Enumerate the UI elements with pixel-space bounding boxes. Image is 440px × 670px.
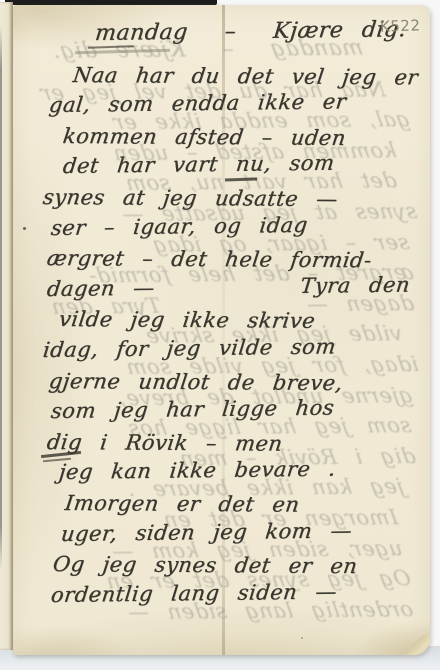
handwriting-line: idag, for jeg vilde som — [41, 330, 424, 365]
ink-dot — [23, 227, 26, 230]
handwriting-line: det har vart nu, som — [61, 147, 424, 182]
handwriting-line: uger, siden jeg kom — — [59, 514, 424, 549]
letter-scan: mandag – Kjære dig.Naa har du det vel je… — [0, 0, 440, 670]
handwriting-line: jeg kan ikke bevare . — [57, 453, 424, 488]
handwriting-line: ser – igaar, og idag — [49, 208, 424, 243]
archive-number: K522 — [379, 16, 420, 35]
handwriting-line: som jeg har ligge hos — [49, 392, 424, 427]
handwriting-line: gal, som endda ikke er — [47, 86, 424, 121]
handwriting-line: dagen — Tyra den — [45, 269, 424, 304]
scan-left-edge — [0, 25, 2, 570]
letter-page: mandag – Kjære dig.Naa har du det vel je… — [13, 5, 430, 655]
handwriting-layer: mandag – Kjære dig.Naa har du det vel je… — [39, 19, 422, 610]
handwriting-line: ordentlig lang siden — — [49, 575, 424, 610]
ink-dot — [301, 637, 303, 639]
letter-heading-line: mandag – Kjære dig. — [93, 15, 424, 50]
